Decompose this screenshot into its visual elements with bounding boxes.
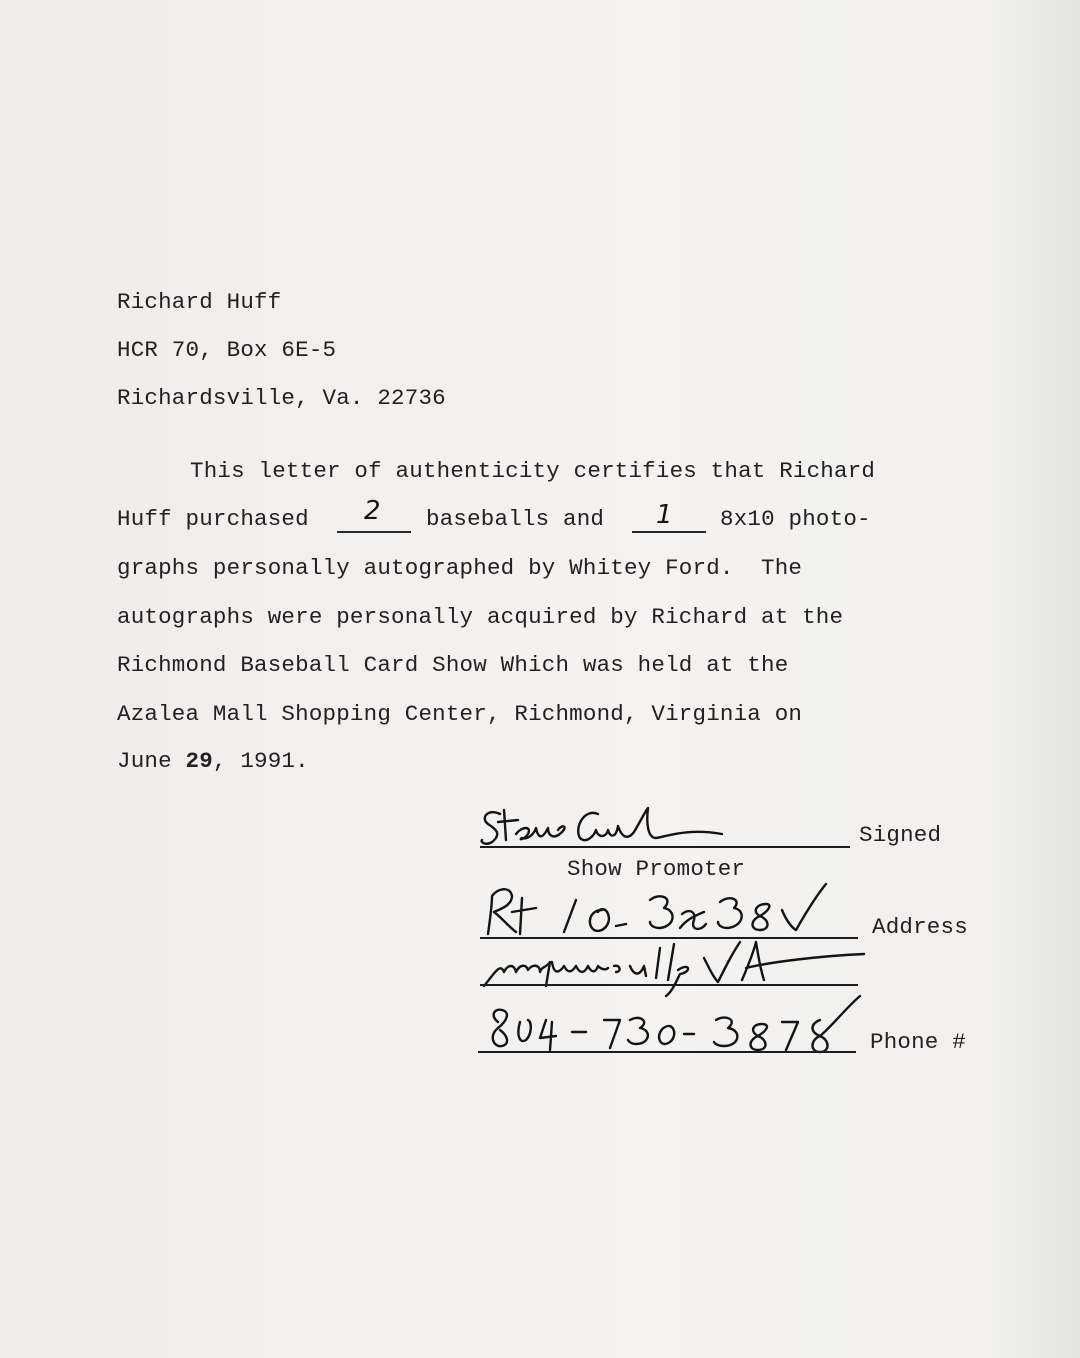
address-line2-handwriting [480, 936, 870, 1006]
body-line-1: This letter of authenticity certifies th… [190, 460, 875, 483]
body-line-3: graphs personally autographed by Whitey … [117, 557, 802, 580]
recipient-address-line1: HCR 70, Box 6E-5 [117, 339, 336, 362]
show-promoter-label: Show Promoter [567, 858, 745, 881]
recipient-name: Richard Huff [117, 291, 281, 314]
signature-handwriting [478, 804, 738, 850]
body-line-2-prefix: Huff purchased [117, 508, 309, 531]
address-line1-handwriting [480, 880, 840, 940]
date-day: 29 [186, 748, 213, 774]
letter-page: Richard Huff HCR 70, Box 6E-5 Richardsvi… [0, 0, 1080, 1358]
signature-line [480, 846, 850, 848]
phone-handwriting [480, 1000, 870, 1058]
photos-count-handwritten: 1 [656, 502, 673, 528]
address-label: Address [872, 916, 968, 939]
address-line-2 [480, 984, 858, 986]
date-year: , 1991. [213, 748, 309, 774]
signed-label: Signed [859, 824, 941, 847]
date-month: June [117, 748, 172, 774]
body-line-6: Azalea Mall Shopping Center, Richmond, V… [117, 703, 802, 726]
phone-line [478, 1051, 856, 1053]
body-line-5: Richmond Baseball Card Show Which was he… [117, 654, 788, 677]
body-line-4: autographs were personally acquired by R… [117, 606, 843, 629]
body-line-2-suffix: 8x10 photo- [720, 508, 871, 531]
baseballs-count-handwritten: 2 [364, 498, 381, 524]
body-line-2-middle: baseballs and [426, 508, 604, 531]
recipient-address-line2: Richardsville, Va. 22736 [117, 387, 446, 410]
body-line-7: June 29, 1991. [117, 750, 309, 773]
baseballs-count-line [337, 531, 411, 533]
phone-label: Phone # [870, 1031, 966, 1054]
photos-count-line [632, 531, 706, 533]
